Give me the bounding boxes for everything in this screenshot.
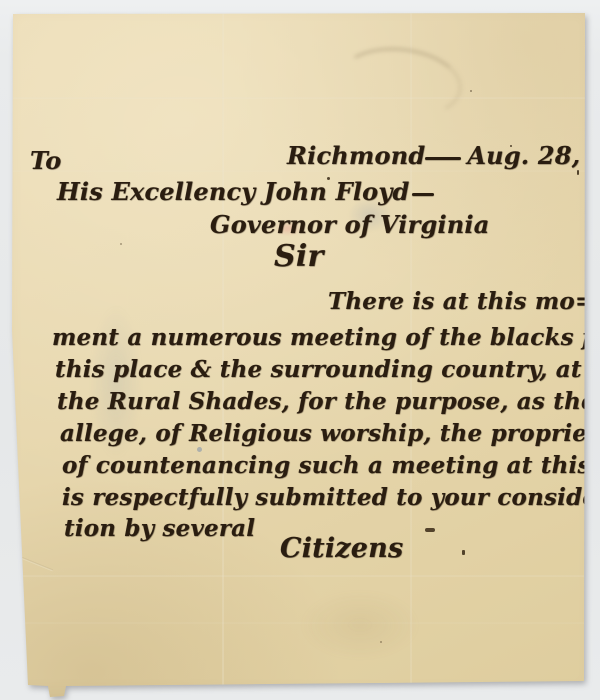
dateline-date: Aug. 28, 31.	[467, 141, 600, 170]
body-line: There is at this mo=	[328, 288, 594, 315]
paper-fleck	[120, 243, 122, 245]
ink-speck	[462, 550, 465, 555]
body-line: this place & the surrounding country, at	[55, 356, 582, 383]
letter-dateline: RichmondAug. 28, 31.	[287, 141, 600, 170]
horizontal-fold-crease-upper	[13, 170, 585, 172]
stain-arc	[335, 42, 466, 125]
addressee-flourish	[412, 193, 434, 196]
horizontal-fold-crease-top	[13, 97, 585, 99]
paper-fleck	[380, 641, 382, 643]
body-line: tion by several	[64, 515, 255, 542]
ink-speck	[577, 170, 579, 175]
salutation: Sir	[274, 239, 323, 274]
signature: Citizens	[280, 533, 403, 564]
body-line: the Rural Shades, for the purpose, as th…	[57, 388, 600, 415]
dateline-flourish	[425, 157, 461, 160]
dateline-place: Richmond	[287, 141, 425, 170]
horizontal-fold-crease-bottom	[13, 622, 584, 624]
stain-bottom-shade	[300, 590, 420, 660]
addressee-name: His Excellency John Floyd	[57, 177, 410, 206]
scanned-letter: To RichmondAug. 28, 31. His Excellency J…	[0, 0, 600, 700]
addressee-title-line: Governor of Virginia	[210, 210, 489, 239]
body-line: allege, of Religious worship, the propri…	[60, 420, 600, 447]
letter-paper-shadow: To RichmondAug. 28, 31. His Excellency J…	[0, 0, 600, 700]
letter-to-label: To	[30, 146, 62, 175]
body-line: is respectfully submitted to your consid…	[62, 484, 600, 511]
addressee-name-line: His Excellency John Floyd	[57, 177, 434, 206]
corner-crease	[21, 557, 53, 572]
letter-paper: To RichmondAug. 28, 31. His Excellency J…	[0, 0, 600, 700]
horizontal-fold-crease-lower	[13, 575, 584, 577]
ink-dash-mark	[425, 528, 435, 532]
body-line: of countenancing such a meeting at this …	[62, 452, 600, 479]
paper-fleck	[470, 90, 472, 92]
body-line: ment a numerous meeting of the blacks fr…	[52, 324, 600, 351]
